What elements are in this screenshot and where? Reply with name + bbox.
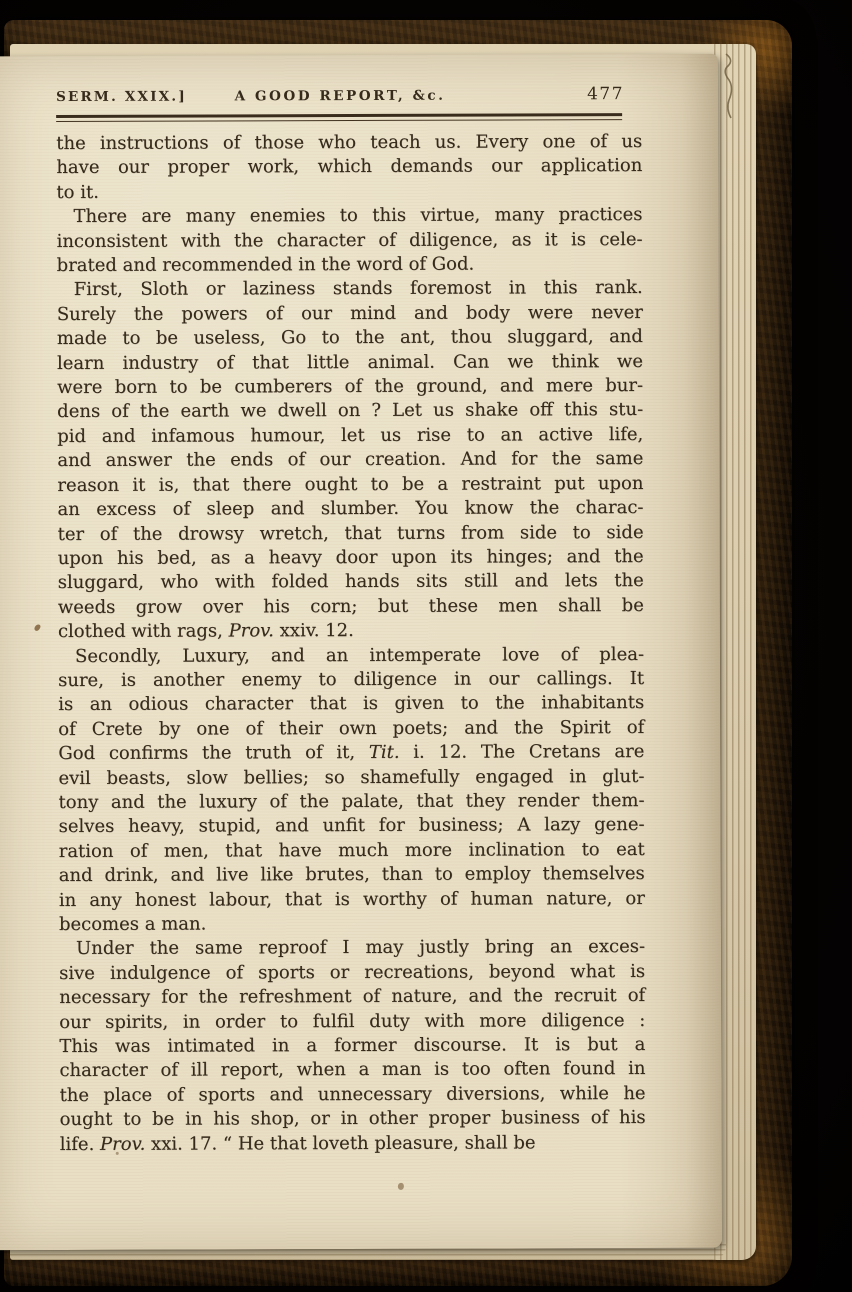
text-line: pid and infamous humour, let us rise to …: [57, 423, 643, 449]
book-page: SERM. XXIX.] A GOOD REPORT, &c. 477 the …: [0, 54, 722, 1251]
text-line: were born to be cumberers of the ground,…: [57, 374, 643, 400]
text-line: Under the same reproof I may justly brin…: [59, 935, 645, 961]
text-line: and answer the ends of our creation. And…: [57, 447, 643, 473]
text-line: of Crete by one of their own poets; and …: [58, 716, 644, 742]
text-line: character of ill report, when a man is t…: [59, 1057, 645, 1083]
page-content: SERM. XXIX.] A GOOD REPORT, &c. 477 the …: [56, 80, 646, 1157]
text-line: made to be useless, Go to the ant, thou …: [57, 325, 643, 351]
text-line: Secondly, Luxury, and an intemperate lov…: [58, 643, 644, 669]
text-line: Surely the powers of our mind and body w…: [57, 301, 643, 327]
ink-speck: [34, 623, 42, 632]
double-rule: [56, 113, 622, 122]
text-line: upon his bed, as a heavy door upon its h…: [58, 545, 644, 571]
text-line: tony and the luxury of the palate, that …: [58, 789, 644, 815]
ink-speck: [398, 1183, 404, 1190]
text-line: ter of the drowsy wretch, that turns fro…: [58, 520, 644, 546]
text-line: ration of men, that have much more incli…: [59, 838, 645, 864]
text-line: the instructions of those who teach us. …: [56, 130, 642, 156]
text-line: life. Prov. xxi. 17. “ He that loveth pl…: [60, 1131, 646, 1157]
book-scan: SERM. XXIX.] A GOOD REPORT, &c. 477 the …: [0, 0, 852, 1292]
text-line: to it.: [56, 179, 642, 205]
text-line: evil beasts, slow bellies; so shamefully…: [58, 765, 644, 791]
paragraph: First, Sloth or laziness stands foremost…: [57, 276, 644, 644]
text-line: First, Sloth or laziness stands foremost…: [57, 276, 643, 302]
ink-speck: [116, 1152, 119, 1155]
paragraph: Secondly, Luxury, and an intemperate lov…: [58, 643, 645, 938]
text-line: in any honest labour, that is worthy of …: [59, 887, 645, 913]
text-line: have our proper work, which demands our …: [56, 154, 642, 180]
text-line: selves heavy, stupid, and unfit for busi…: [59, 813, 645, 839]
text-line: our spirits, in order to fulfil duty wit…: [59, 1009, 645, 1035]
page-body: the instructions of those who teach us. …: [56, 130, 646, 1157]
paragraph: the instructions of those who teach us. …: [56, 130, 642, 205]
text-line: inconsistent with the character of dilig…: [57, 228, 643, 254]
text-line: is an odious character that is given to …: [58, 691, 644, 717]
text-line: dens of the earth we dwell on ? Let us s…: [57, 398, 643, 424]
text-line: necessary for the refreshment of nature,…: [59, 984, 645, 1010]
text-line: becomes a man.: [59, 911, 645, 937]
text-line: reason it is, that there ought to be a r…: [57, 472, 643, 498]
running-title: A GOOD REPORT, &c.: [223, 88, 457, 105]
text-line: sive indulgence of sports or recreations…: [59, 960, 645, 986]
text-line: brated and recommended in the word of Go…: [57, 252, 643, 278]
text-line: an excess of sleep and slumber. You know…: [57, 496, 643, 522]
running-header: SERM. XXIX.] A GOOD REPORT, &c. 477: [56, 84, 642, 108]
text-line: sure, is another enemy to diligence in o…: [58, 667, 644, 693]
page-number: 477: [457, 84, 642, 105]
paragraph: There are many enemies to this virtue, m…: [56, 203, 642, 278]
text-line: God confirms the truth of it, Tit. i. 12…: [58, 740, 644, 766]
text-line: sluggard, who with folded hands sits sti…: [58, 569, 644, 595]
text-line: clothed with rags, Prov. xxiv. 12.: [58, 618, 644, 644]
sermon-number: SERM. XXIX.]: [56, 88, 223, 105]
text-line: There are many enemies to this virtue, m…: [56, 203, 642, 229]
text-line: learn industry of that little animal. Ca…: [57, 350, 643, 376]
text-line: weeds grow over his corn; but these men …: [58, 594, 644, 620]
text-line: This was intimated in a former discourse…: [59, 1033, 645, 1059]
text-line: and drink, and live like brutes, than to…: [59, 862, 645, 888]
paragraph: Under the same reproof I may justly brin…: [59, 935, 646, 1157]
text-line: ought to be in his shop, or in other pro…: [60, 1106, 646, 1132]
text-line: the place of sports and unnecessary dive…: [60, 1082, 646, 1108]
